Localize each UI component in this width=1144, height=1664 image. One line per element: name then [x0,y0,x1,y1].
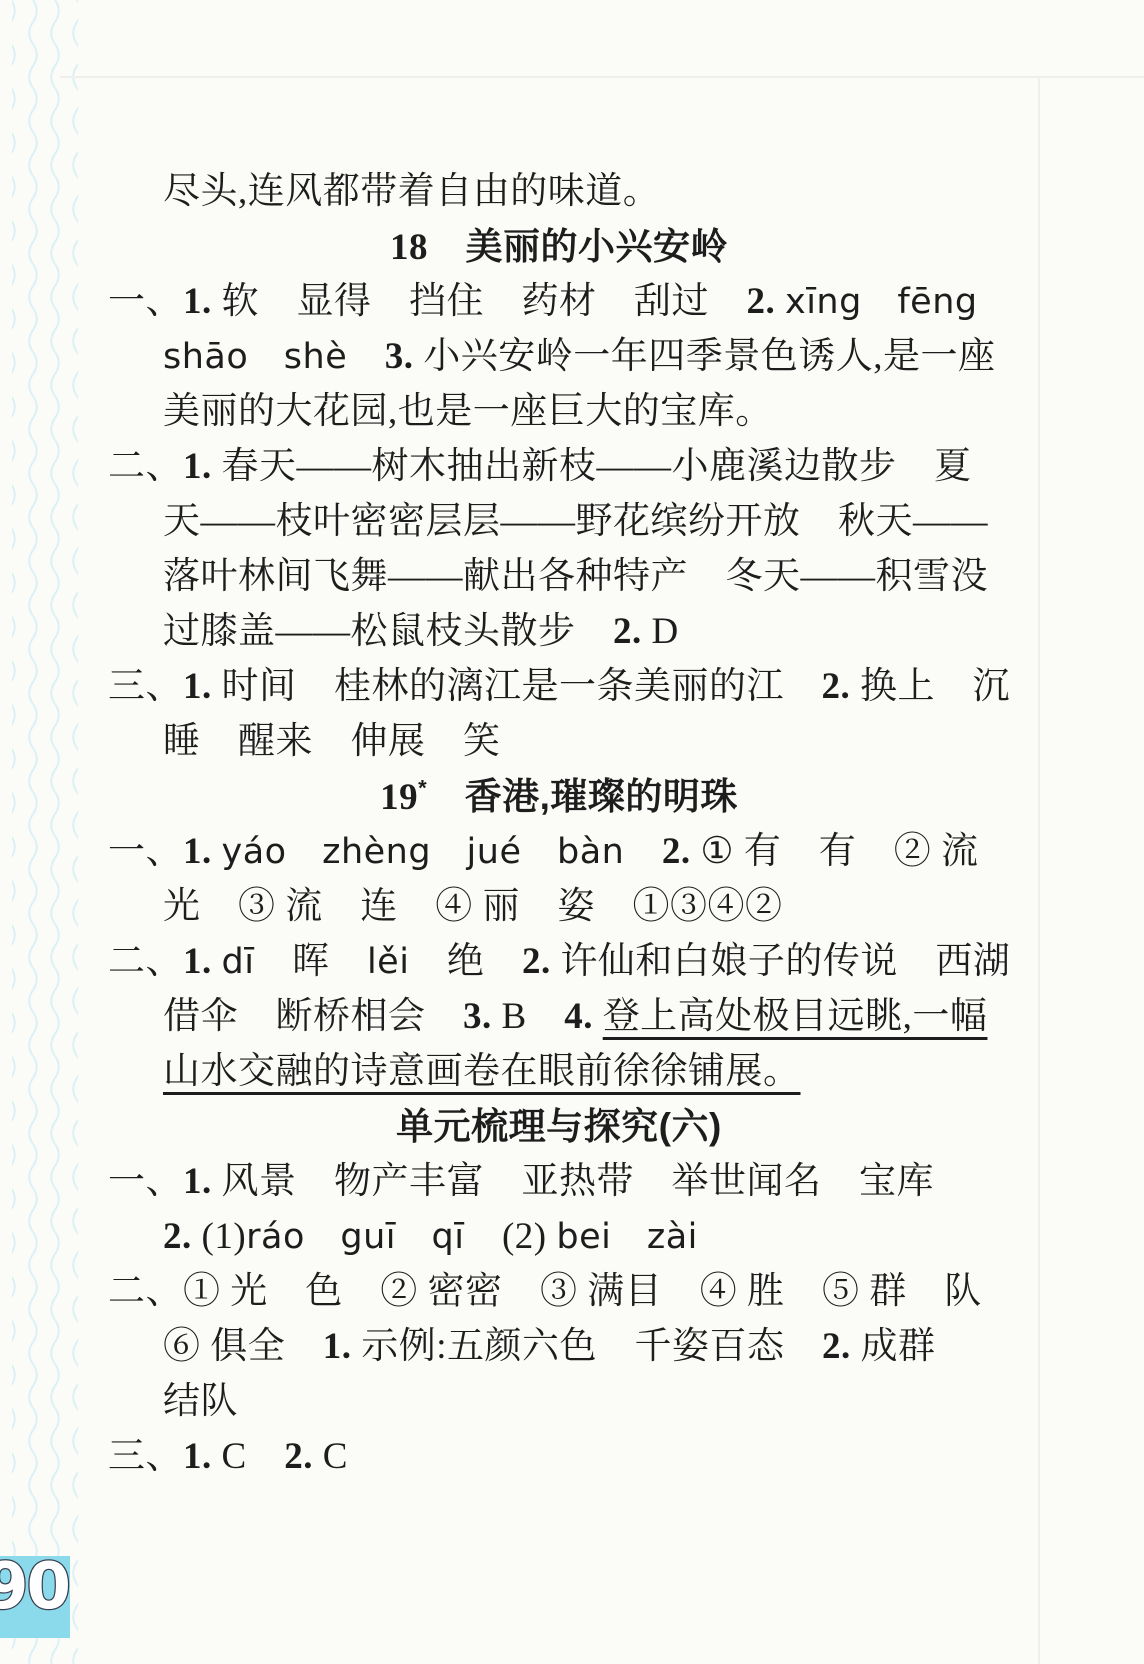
text-segment: D [652,611,679,652]
answer-line: 结队 [163,1374,1144,1429]
text-segment: ① 有 有 ② 流 [700,831,978,872]
answer-line: 过膝盖——松鼠枝头散步 2. D [163,604,1144,659]
text-segment: 香港,璀璨的明珠 [427,776,738,817]
text-segment: 1. [183,1161,222,1202]
text-segment: 登上高处极目远眺,一幅 [603,996,988,1037]
text-segment: lěi [367,942,409,982]
text-segment: 春天——树木抽出新枝——小鹿溪边散步 夏 [222,446,972,487]
text-segment: 单元梳理与探究(六) [396,1106,722,1147]
answer-line: 一、1. 软 显得 挡住 药材 刮过 2. xīng fēng [108,274,1144,329]
text-segment: 一、 [108,831,183,872]
text-segment: ⑥ 俱全 [163,1326,323,1367]
answer-line: 山水交融的诗意画卷在眼前徐徐铺展。 [163,1044,1144,1099]
text-segment: 山水交融的诗意画卷在眼前徐徐铺展。 [163,1051,801,1092]
text-segment: yáo zhèng jué bàn [222,832,625,872]
answer-line: 三、1. 时间 桂林的漓江是一条美丽的江 2. 换上 沉 [108,659,1144,714]
text-segment: 3. [385,336,424,377]
text-segment: 晖 [254,941,367,982]
answer-line: 天——枝叶密密层层——野花缤纷开放 秋天—— [163,494,1144,549]
page-number-box: 90 [0,1556,70,1638]
text-segment: 1. [183,446,222,487]
text-segment: ráo guī qī [246,1217,464,1257]
text-segment: 3. [463,996,502,1037]
text-segment: 许仙和白娘子的传说 西湖 [560,941,1010,982]
answer-line: shāo shè 3. 小兴安岭一年四季景色诱人,是一座 [163,329,1144,384]
text-segment: (1) [202,1216,247,1257]
text-segment: 19 [380,777,418,818]
text-segment: 过膝盖——松鼠枝头散步 [163,611,613,652]
answer-line: 一、1. 风景 物产丰富 亚热带 举世闻名 宝库 [108,1154,1144,1209]
text-segment: bei zài [556,1217,698,1257]
text-segment: 结队 [163,1381,238,1422]
answer-line: 美丽的大花园,也是一座巨大的宝库。 [163,384,1144,439]
unit-review-heading: 单元梳理与探究(六) [108,1099,1010,1154]
text-segment: (2) [464,1216,556,1257]
text-segment: 2. [822,1326,861,1367]
text-segment: 示例:五颜六色 千姿百态 [361,1326,822,1367]
text-segment: 1. [183,666,222,707]
page-number: 90 [0,1550,69,1624]
text-segment: 1. [183,941,222,982]
answer-line: 一、1. yáo zhèng jué bàn 2. ① 有 有 ② 流 [108,824,1144,879]
text-segment: C [222,1436,285,1477]
text-segment: 1. [183,1436,222,1477]
text-segment: 光 ③ 流 连 ④ 丽 姿 ①③④② [163,886,783,927]
text-segment: ① 光 色 ② 密密 ③ 满目 ④ 胜 ⑤ 群 队 [183,1271,982,1312]
paragraph-line: 尽头,连风都带着自由的味道。 [163,164,1144,219]
text-segment: 软 显得 挡住 药材 刮过 [222,281,747,322]
text-segment [347,336,385,377]
text-segment: 一、 [108,281,183,322]
text-segment: dī [222,942,255,982]
lesson-heading-18: 18 美丽的小兴安岭 [108,219,1010,274]
text-segment: 时间 桂林的漓江是一条美丽的江 [222,666,822,707]
text-segment: 借伞 断桥相会 [163,996,463,1037]
answer-line: 睡 醒来 伸展 笑 [163,714,1144,769]
text-segment: 1. [183,281,222,322]
text-segment: 睡 醒来 伸展 笑 [163,721,501,762]
text-segment: 2. [613,611,652,652]
text-segment: 2. [522,941,561,982]
answer-line: 二、1. 春天——树木抽出新枝——小鹿溪边散步 夏 [108,439,1144,494]
answer-line: 二、1. dī 晖 lěi 绝 2. 许仙和白娘子的传说 西湖 [108,934,1144,989]
text-segment: 尽头,连风都带着自由的味道。 [163,171,660,212]
text-segment: 2. [747,281,786,322]
scan-edge-top [60,76,1144,78]
text-segment: 天——枝叶密密层层——野花缤纷开放 秋天—— [163,501,988,542]
text-segment: 美丽的大花园,也是一座巨大的宝库。 [163,391,773,432]
text-segment [624,831,662,872]
answer-line: 光 ③ 流 连 ④ 丽 姿 ①③④② [163,879,1144,934]
text-segment: shāo shè [163,337,347,377]
text-segment: 风景 物产丰富 亚热带 举世闻名 宝库 [222,1161,935,1202]
text-segment: 2. [662,831,701,872]
answer-line: 2. (1)ráo guī qī (2) bei zài [163,1209,1144,1264]
text-segment: xīng fēng [785,282,978,322]
text-segment: 一、 [108,1161,183,1202]
text-segment: 美丽的小兴安岭 [428,226,728,267]
text-segment: 换上 沉 [860,666,1010,707]
text-segment: 小兴安岭一年四季景色诱人,是一座 [423,336,995,377]
text-segment: * [418,776,427,801]
answer-line: 落叶林间飞舞——献出各种特产 冬天——积雪没 [163,549,1144,604]
text-segment: 绝 [409,941,522,982]
text-segment: 二、 [108,446,183,487]
text-segment: 三、 [108,1436,183,1477]
text-segment: 1. [323,1326,362,1367]
text-segment: 1. [183,831,222,872]
answer-line: 二、① 光 色 ② 密密 ③ 满目 ④ 胜 ⑤ 群 队 [108,1264,1144,1319]
text-segment: 成群 [861,1326,936,1367]
text-segment: 二、 [108,941,183,982]
text-segment: 2. [284,1436,323,1477]
text-segment: 落叶林间飞舞——献出各种特产 冬天——积雪没 [163,556,988,597]
answer-line: 借伞 断桥相会 3. B 4. 登上高处极目远眺,一幅 [163,989,1144,1044]
text-segment: 三、 [108,666,183,707]
content-area: 尽头,连风都带着自由的味道。 18 美丽的小兴安岭 一、1. 软 显得 挡住 药… [0,164,1144,1484]
lesson-heading-19: 19* 香港,璀璨的明珠 [108,769,1010,824]
answer-line: 三、1. C 2. C [108,1429,1144,1484]
text-segment: B [502,996,565,1037]
text-segment: 18 [390,227,428,268]
text-segment: 二、 [108,1271,183,1312]
answer-line: ⑥ 俱全 1. 示例:五颜六色 千姿百态 2. 成群 [163,1319,1144,1374]
text-segment: 2. [822,666,861,707]
text-segment: 2. [163,1216,202,1257]
text-segment: C [323,1436,348,1477]
text-segment: 4. [564,996,603,1037]
answer-page: { "page": { "background": "#fbfbf8", "te… [0,0,1144,1664]
